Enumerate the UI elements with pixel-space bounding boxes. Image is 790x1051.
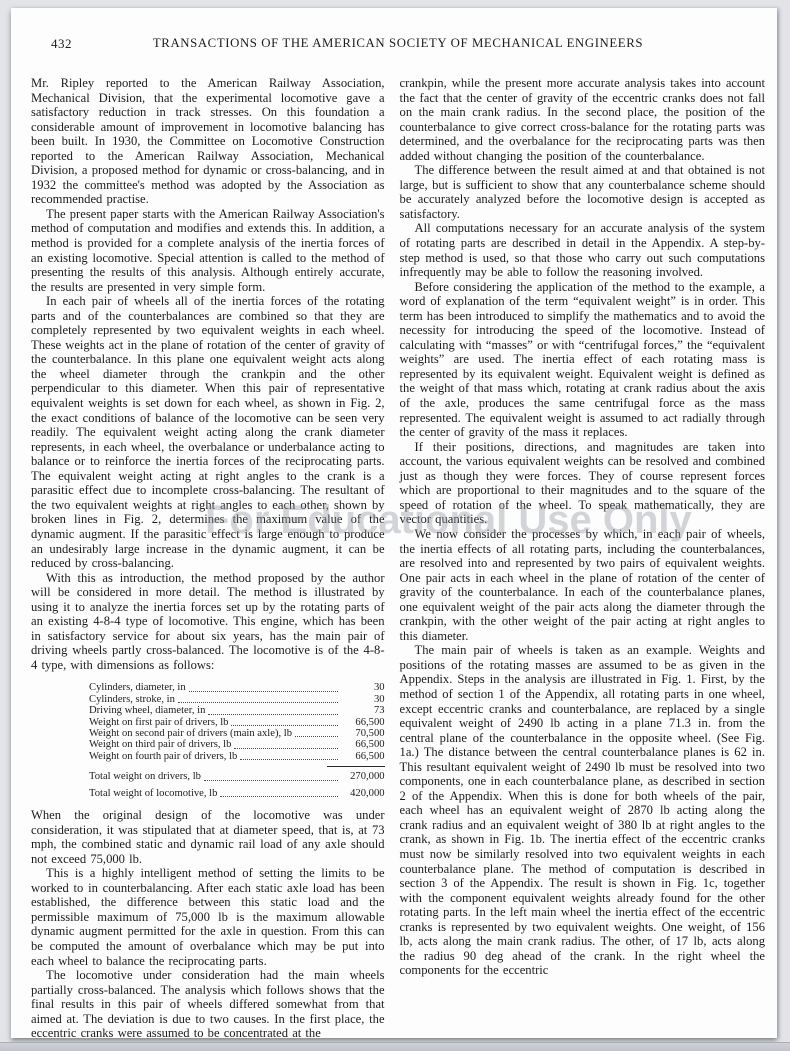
page-number: 432	[51, 36, 72, 52]
table-row: Cylinders, stroke, in 30	[89, 694, 385, 705]
dot-leader	[208, 714, 337, 715]
page-bottom-shadow	[0, 1042, 790, 1051]
table-total-row: Total weight of locomotive, lb 420,000	[89, 788, 385, 799]
dot-leader	[220, 796, 337, 797]
row-value: 73	[341, 705, 385, 716]
row-value: 66,500	[341, 717, 385, 728]
paragraph: crankpin, while the present more accurat…	[400, 76, 765, 163]
left-column: Mr. Ripley reported to the American Rail…	[31, 76, 385, 1041]
paragraph: The present paper starts with the Americ…	[31, 207, 385, 294]
row-label: Weight on fourth pair of drivers, lb	[89, 751, 237, 762]
row-value: 420,000	[341, 788, 385, 799]
table-total-row: Total weight on drivers, lb 270,000	[89, 771, 385, 782]
row-label: Cylinders, stroke, in	[89, 694, 175, 705]
dot-leader	[295, 736, 338, 737]
row-label: Cylinders, diameter, in	[89, 682, 186, 693]
row-label: Weight on second pair of drivers (main a…	[89, 728, 292, 739]
row-value: 30	[341, 694, 385, 705]
paragraph: When the original design of the locomoti…	[31, 808, 385, 866]
row-label: Driving wheel, diameter, in	[89, 705, 205, 716]
paragraph: If their positions, directions, and magn…	[400, 440, 765, 527]
dimensions-table: Cylinders, diameter, in 30 Cylinders, st…	[89, 682, 385, 799]
right-column: crankpin, while the present more accurat…	[400, 76, 765, 1041]
row-value: 30	[341, 682, 385, 693]
table-row: Cylinders, diameter, in 30	[89, 682, 385, 693]
totals-divider-rule	[327, 766, 385, 767]
paragraph: In each pair of wheels all of the inerti…	[31, 294, 385, 570]
paragraph: The difference between the result aimed …	[400, 163, 765, 221]
row-value: 70,500	[341, 728, 385, 739]
paragraph: The locomotive under consideration had t…	[31, 968, 385, 1041]
row-value: 270,000	[341, 771, 385, 782]
row-label: Weight on third pair of drivers, lb	[89, 739, 231, 750]
paragraph: With this as introduction, the method pr…	[31, 571, 385, 673]
journal-page: 432 TRANSACTIONS OF THE AMERICAN SOCIETY…	[11, 8, 777, 1038]
table-row: Weight on first pair of drivers, lb 66,5…	[89, 717, 385, 728]
paragraph: We now consider the processes by which, …	[400, 527, 765, 643]
table-row: Driving wheel, diameter, in 73	[89, 705, 385, 716]
paragraph: The main pair of wheels is taken as an e…	[400, 643, 765, 978]
dot-leader	[240, 759, 337, 760]
paragraph: Before considering the application of th…	[400, 280, 765, 440]
row-label: Weight on first pair of drivers, lb	[89, 717, 228, 728]
dot-leader	[204, 780, 338, 781]
dot-leader	[234, 748, 337, 749]
table-row: Weight on fourth pair of drivers, lb 66,…	[89, 751, 385, 762]
paragraph: All computations necessary for an accura…	[400, 221, 765, 279]
paragraph: Mr. Ripley reported to the American Rail…	[31, 76, 385, 207]
running-title: TRANSACTIONS OF THE AMERICAN SOCIETY OF …	[31, 36, 765, 51]
row-value: 66,500	[341, 751, 385, 762]
row-value: 66,500	[341, 739, 385, 750]
page-header: 432 TRANSACTIONS OF THE AMERICAN SOCIETY…	[31, 36, 765, 56]
two-column-body: Mr. Ripley reported to the American Rail…	[31, 76, 765, 1041]
scanned-page-stage: 432 TRANSACTIONS OF THE AMERICAN SOCIETY…	[0, 0, 790, 1051]
table-row: Weight on second pair of drivers (main a…	[89, 728, 385, 739]
dot-leader	[231, 725, 337, 726]
row-label: Total weight of locomotive, lb	[89, 788, 217, 799]
paragraph: This is a highly intelligent method of s…	[31, 866, 385, 968]
table-row: Weight on third pair of drivers, lb 66,5…	[89, 739, 385, 750]
dot-leader	[178, 702, 338, 703]
row-label: Total weight on drivers, lb	[89, 771, 201, 782]
dot-leader	[189, 691, 338, 692]
